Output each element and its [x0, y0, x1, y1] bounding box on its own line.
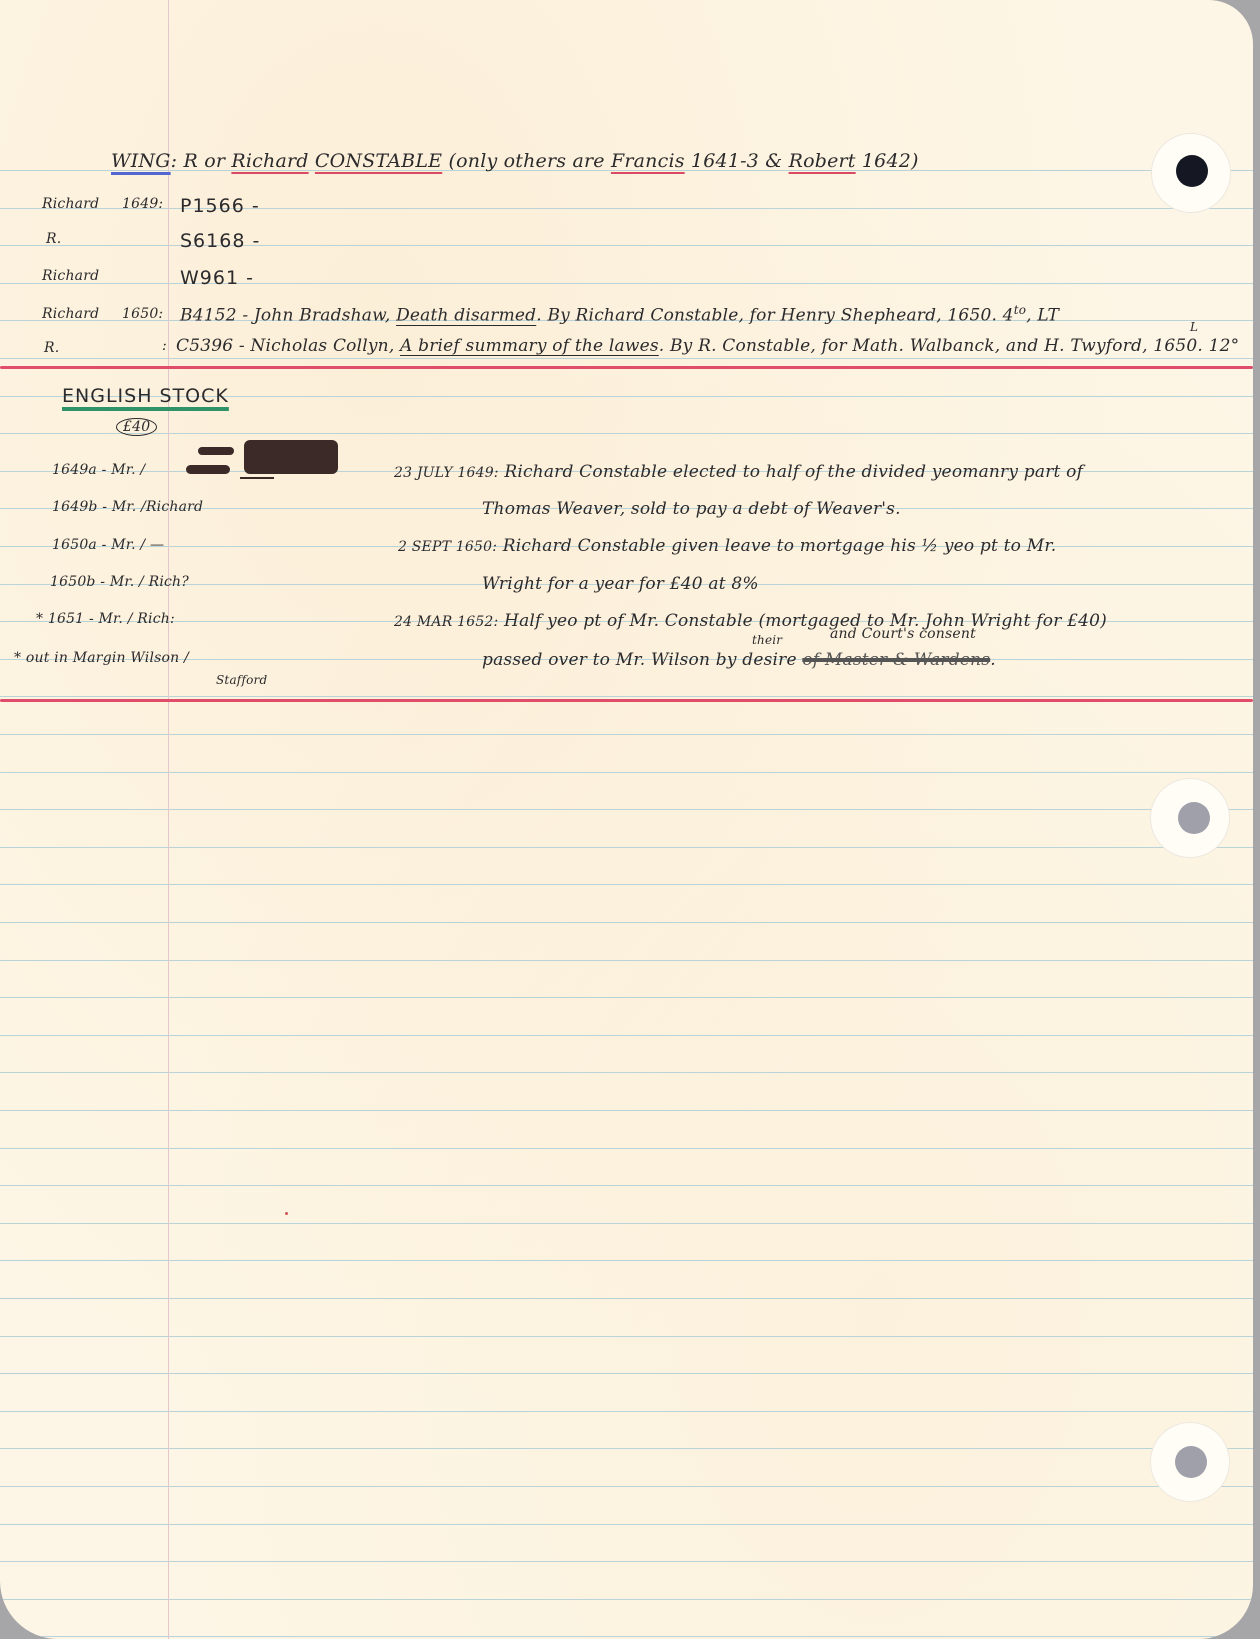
ruled-line	[0, 1561, 1253, 1562]
entry-name: Richard	[42, 268, 99, 284]
ruled-line	[0, 847, 1253, 848]
ruled-line	[0, 1072, 1253, 1073]
entry-year: 1649:	[122, 196, 163, 212]
ruled-line	[0, 1260, 1253, 1261]
english-stock-heading: ENGLISH STOCK	[62, 385, 229, 407]
stock-row: 1650b - Mr. / Rich?	[50, 574, 189, 590]
ruled-line	[0, 1223, 1253, 1224]
ruled-line	[0, 1336, 1253, 1337]
redaction-mark	[186, 465, 230, 474]
note-line: 24 MAR 1652: Half yeo pt of Mr. Constabl…	[394, 611, 1107, 631]
wing-heading: WING	[111, 150, 171, 172]
ruled-line	[0, 1373, 1253, 1374]
ruled-line	[0, 884, 1253, 885]
ruled-line	[0, 1185, 1253, 1186]
ruled-line	[0, 696, 1253, 697]
ruled-line	[0, 1636, 1253, 1637]
section-divider	[0, 699, 1253, 702]
stock-row: 1650a - Mr. / —	[52, 537, 164, 553]
ruled-line	[0, 772, 1253, 773]
stock-row-label: 1649a - Mr. /	[52, 462, 145, 478]
ruled-line	[0, 922, 1253, 923]
note-line: Thomas Weaver, sold to pay a debt of Wea…	[482, 499, 901, 519]
wing-heading-line: WING: R or Richard CONSTABLE (only other…	[111, 150, 919, 172]
ruled-line	[0, 358, 1253, 359]
struck-text: of Master & Wardens	[802, 650, 990, 670]
ruled-line	[0, 1298, 1253, 1299]
format-annotation: L	[1190, 320, 1198, 334]
entry-ref: S6168 -	[180, 230, 260, 252]
entry-name: R.	[46, 231, 61, 247]
insertion: their	[752, 633, 782, 647]
ruled-line	[0, 809, 1253, 810]
ruled-line	[0, 1524, 1253, 1525]
note-line: 23 JULY 1649: Richard Constable elected …	[394, 462, 1083, 482]
binder-hole-middle	[1178, 802, 1210, 834]
stock-row: * out in Margin Wilson /	[14, 650, 189, 666]
entry-name: R.	[44, 340, 59, 356]
ink-speck	[285, 1212, 288, 1215]
stock-row: * 1651 - Mr. / Rich:	[36, 611, 175, 627]
entry-year: 1650:	[122, 306, 163, 322]
binder-hole-bottom	[1175, 1446, 1207, 1478]
constable-surname: CONSTABLE	[315, 150, 442, 172]
stock-amount: £40	[116, 418, 157, 436]
redaction-mark	[198, 447, 234, 455]
entry-citation: B4152 - John Bradshaw, Death disarmed. B…	[180, 303, 1059, 326]
entry-ref: P1566 -	[180, 195, 260, 217]
ruled-line	[0, 1148, 1253, 1149]
ruled-line	[0, 1599, 1253, 1600]
entry-citation: C5396 - Nicholas Collyn, A brief summary…	[176, 336, 1239, 356]
ruled-line	[0, 1486, 1253, 1487]
redaction-block	[244, 440, 338, 474]
entry-name: Richard	[42, 306, 99, 322]
ruled-line	[0, 997, 1253, 998]
note-line: passed over to Mr. Wilson by desire of M…	[482, 650, 996, 670]
stock-row-sub: Stafford	[216, 673, 267, 687]
section-divider	[0, 366, 1253, 369]
entry-year: :	[162, 338, 167, 354]
notebook-page: WING: R or Richard CONSTABLE (only other…	[0, 0, 1253, 1639]
entry-name: Richard	[42, 196, 99, 212]
ruled-line	[0, 960, 1253, 961]
insertion: and Court's consent	[830, 626, 976, 642]
note-line: Wright for a year for £40 at 8%	[482, 574, 759, 594]
stock-row: 1649b - Mr. /Richard	[52, 499, 203, 515]
note-line: 2 SEPT 1650: Richard Constable given lea…	[398, 536, 1056, 556]
ruled-line	[0, 1035, 1253, 1036]
margin-line	[168, 0, 169, 1639]
ruled-line	[0, 1448, 1253, 1449]
ruled-line	[0, 1110, 1253, 1111]
ruled-line	[0, 734, 1253, 735]
entry-ref: W961 -	[180, 267, 254, 289]
ruled-line	[0, 1411, 1253, 1412]
underline-mark	[240, 477, 274, 479]
binder-hole-top	[1176, 155, 1208, 187]
ruled-line	[0, 433, 1253, 434]
